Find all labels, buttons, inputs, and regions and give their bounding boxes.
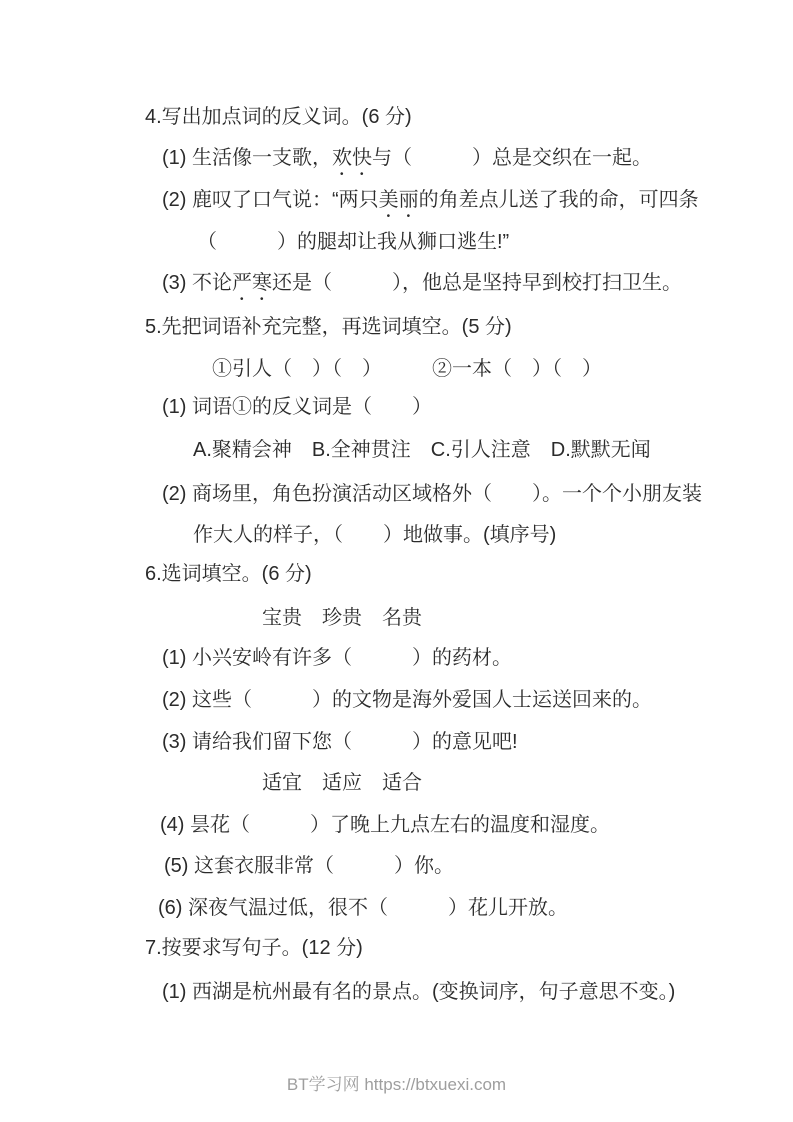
q6-item-3: (3) 请给我们留下您（ ）的意见吧! bbox=[162, 729, 518, 756]
worksheet-page: 4.写出加点词的反义词。(6 分) (1) 生活像一支歌，欢快与（ ）总是交织在… bbox=[0, 0, 793, 1122]
q7-item-1: (1) 西湖是杭州最有名的景点。(变换词序，句子意思不变。) bbox=[162, 979, 675, 1006]
q4-item-1-post: 与（ ）总是交织在一起。 bbox=[372, 147, 652, 169]
q6-item-5: (5) 这套衣服非常（ ）你。 bbox=[164, 853, 454, 880]
q4-item-3-emphasized-word: 严寒 bbox=[232, 272, 272, 294]
q4-item-2: (2) 鹿叹了口气说：“两只美丽的角差点儿送了我的命，可四条 bbox=[162, 187, 699, 222]
q7-title: 7.按要求写句子。(12 分) bbox=[145, 935, 363, 962]
q5-word-blanks: ①引人（ ）（ ） ②一本（ ）（ ） bbox=[212, 356, 602, 383]
q6-word-group-1: 宝贵 珍贵 名贵 bbox=[262, 605, 422, 632]
q6-item-6: (6) 深夜气温过低，很不（ ）花儿开放。 bbox=[158, 895, 568, 922]
q4-item-1-pre: (1) 生活像一支歌， bbox=[162, 147, 332, 169]
q6-item-4: (4) 昙花（ ）了晚上九点左右的温度和湿度。 bbox=[160, 812, 610, 839]
q4-item-2-emphasized-word: 美丽 bbox=[379, 189, 419, 211]
q4-item-3-pre: (3) 不论 bbox=[162, 272, 232, 294]
q4-item-3: (3) 不论严寒还是（ ），他总是坚持早到校打扫卫生。 bbox=[162, 270, 682, 305]
q4-item-1: (1) 生活像一支歌，欢快与（ ）总是交织在一起。 bbox=[162, 145, 652, 180]
q4-item-2-continuation: （ ）的腿却让我从狮口逃生!” bbox=[197, 229, 509, 256]
q6-title: 6.选词填空。(6 分) bbox=[145, 561, 312, 588]
q5-item-1: (1) 词语①的反义词是（ ） bbox=[162, 394, 432, 421]
q4-item-1-emphasized-word: 欢快 bbox=[332, 147, 372, 169]
watermark-credit: BT学习网 https://btxuexi.com bbox=[287, 1070, 506, 1095]
q6-item-1: (1) 小兴安岭有许多（ ）的药材。 bbox=[162, 645, 512, 672]
q6-word-group-2: 适宜 适应 适合 bbox=[262, 770, 422, 797]
q4-item-2-pre: (2) 鹿叹了口气说：“两只 bbox=[162, 189, 379, 211]
q4-title: 4.写出加点词的反义词。(6 分) bbox=[145, 104, 412, 131]
q5-item-2: (2) 商场里，角色扮演活动区域格外（ ）。一个个小朋友装 bbox=[162, 481, 702, 508]
q4-item-2-post: 的角差点儿送了我的命，可四条 bbox=[419, 189, 699, 211]
q5-title: 5.先把词语补充完整，再选词填空。(5 分) bbox=[145, 314, 512, 341]
q4-item-3-post: 还是（ ），他总是坚持早到校打扫卫生。 bbox=[272, 272, 682, 294]
q5-options: A.聚精会神 B.全神贯注 C.引人注意 D.默默无闻 bbox=[193, 437, 651, 464]
q6-item-2: (2) 这些（ ）的文物是海外爱国人士运送回来的。 bbox=[162, 687, 652, 714]
q5-item-2-continuation: 作大人的样子，（ ）地做事。(填序号) bbox=[193, 522, 556, 549]
